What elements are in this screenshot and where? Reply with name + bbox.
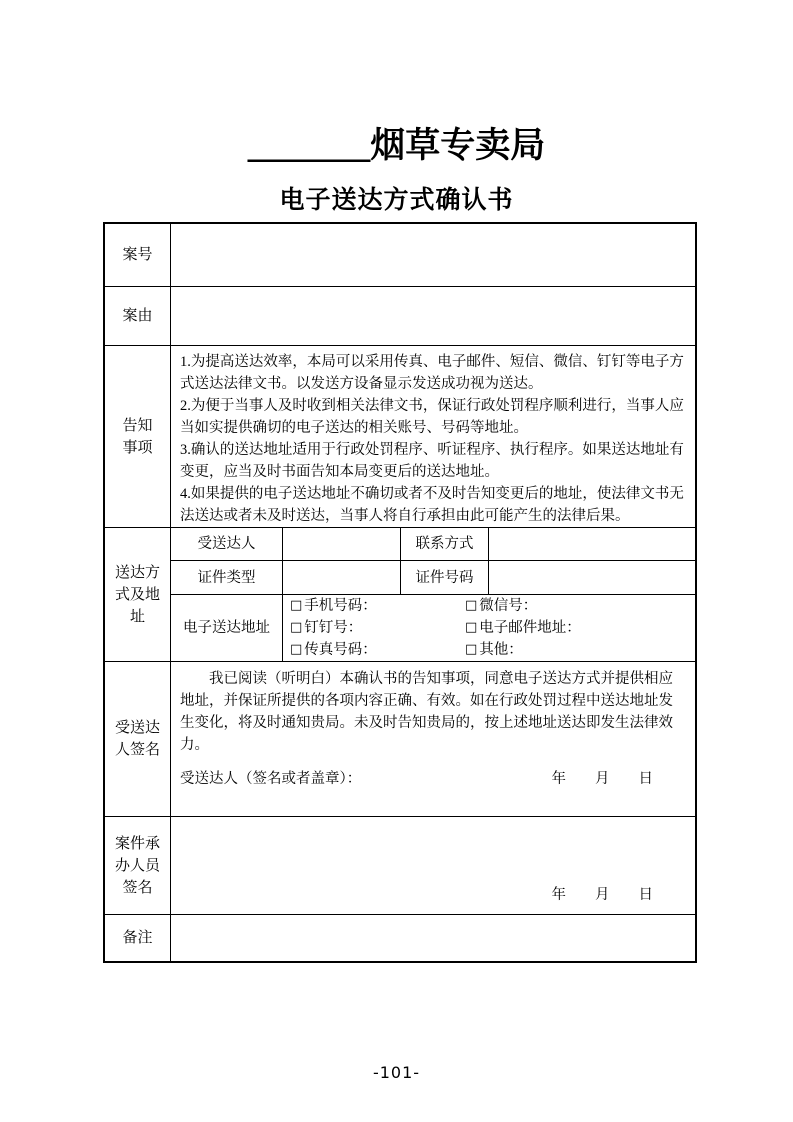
option-fax-label: 传真号码： [304,639,377,661]
id-subrow: 证件类型 证件号码 [171,560,695,594]
e-address-label: 电子送达地址 [171,595,283,661]
document-page: _______烟草专卖局 电子送达方式确认书 案号 案由 告知 事项 1.为提高… [0,0,793,1122]
case-cause-row: 案由 [105,286,695,345]
recipient-contact-subrow: 受送达人 联系方式 [171,528,695,560]
confirmation-form-table: 案号 案由 告知 事项 1.为提高送达效率，本局可以采用传真、电子邮件、短信、微… [103,222,697,963]
notice-content: 1.为提高送达效率，本局可以采用传真、电子邮件、短信、微信、钉钉等电子方式送达法… [171,346,695,527]
id-type-label: 证件类型 [171,561,283,594]
org-title: _______烟草专卖局 [0,124,793,168]
option-email-label: 电子邮件地址： [479,617,581,639]
notice-item-1: 1.为提高送达效率，本局可以采用传真、电子邮件、短信、微信、钉钉等电子方式送达法… [180,351,685,395]
page-number: -101- [0,1063,793,1082]
recipient-signature-content: 我已阅读（听明白）本确认书的告知事项，同意电子送达方式并提供相应地址，并保证所提… [171,662,695,816]
recipient-signature-line: 受送达人（签名或者盖章）： 年 月 日 [180,768,653,790]
option-email: □电子邮件地址： [465,617,695,639]
case-cause-label: 案由 [105,287,171,345]
option-other: □其他： [465,639,695,661]
service-address-row: 送达方 式及地 址 受送达人 联系方式 证件类型 证件号码 电子送达地址 [105,527,695,661]
notice-item-2: 2.为便于当事人及时收到相关法律文书，保证行政处罚程序顺利进行，当事人应当如实提… [180,395,685,439]
checkbox-icon: □ [465,599,477,612]
recipient-sign-label: 受送达人（签名或者盖章）： [180,768,361,790]
notice-row: 告知 事项 1.为提高送达效率，本局可以采用传真、电子邮件、短信、微信、钉钉等电… [105,345,695,527]
notice-label: 告知 事项 [105,346,171,527]
e-address-options: □手机号码： □微信号： □钉钉号： □电子邮件地址： □传真号码： □其他： [283,595,695,661]
id-number-label: 证件号码 [401,561,489,594]
service-address-label: 送达方 式及地 址 [105,528,171,661]
checkbox-icon: □ [290,599,302,612]
option-other-label: 其他： [479,639,523,661]
recipient-label: 受送达人 [171,528,283,560]
contact-field [489,528,695,560]
contact-label: 联系方式 [401,528,489,560]
option-wechat-label: 微信号： [479,595,537,617]
id-number-field [489,561,695,594]
handler-date-placeholder: 年 月 日 [552,884,654,906]
case-number-label: 案号 [105,224,171,286]
option-dingtalk: □钉钉号： [290,617,465,639]
checkbox-icon: □ [290,621,302,634]
case-number-field [171,224,695,286]
remarks-field [171,915,695,961]
handler-signature-row: 案件承 办人员 签名 年 月 日 [105,816,695,914]
remarks-row: 备注 [105,914,695,961]
declaration-text: 我已阅读（听明白）本确认书的告知事项，同意电子送达方式并提供相应地址，并保证所提… [171,662,695,756]
handler-signature-content: 年 月 日 [171,817,695,914]
option-dingtalk-label: 钉钉号： [304,617,362,639]
handler-signature-label: 案件承 办人员 签名 [105,817,171,914]
id-type-field [283,561,401,594]
option-fax: □传真号码： [290,639,465,661]
doc-title: 电子送达方式确认书 [0,184,793,216]
option-mobile: □手机号码： [290,595,465,617]
checkbox-icon: □ [465,621,477,634]
option-mobile-label: 手机号码： [304,595,377,617]
case-cause-field [171,287,695,345]
case-number-row: 案号 [105,224,695,286]
org-blank-underline: _______ [248,126,371,165]
notice-item-4: 4.如果提供的电子送达地址不确切或者不及时告知变更后的地址，使法律文书无法送达或… [180,483,685,527]
recipient-signature-row: 受送达 人签名 我已阅读（听明白）本确认书的告知事项，同意电子送达方式并提供相应… [105,661,695,816]
recipient-date-placeholder: 年 月 日 [552,768,654,790]
remarks-label: 备注 [105,915,171,961]
recipient-field [283,528,401,560]
checkbox-icon: □ [290,643,302,656]
e-address-subrow: 电子送达地址 □手机号码： □微信号： □钉钉号： □电子邮件地址： □传真号码… [171,594,695,661]
checkbox-icon: □ [465,643,477,656]
option-wechat: □微信号： [465,595,695,617]
service-address-content: 受送达人 联系方式 证件类型 证件号码 电子送达地址 □手机号码： □微信号： [171,528,695,661]
recipient-signature-label: 受送达 人签名 [105,662,171,816]
org-name: 烟草专卖局 [370,126,545,165]
notice-item-3: 3.确认的送达地址适用于行政处罚程序、听证程序、执行程序。如果送达地址有变更，应… [180,439,685,483]
